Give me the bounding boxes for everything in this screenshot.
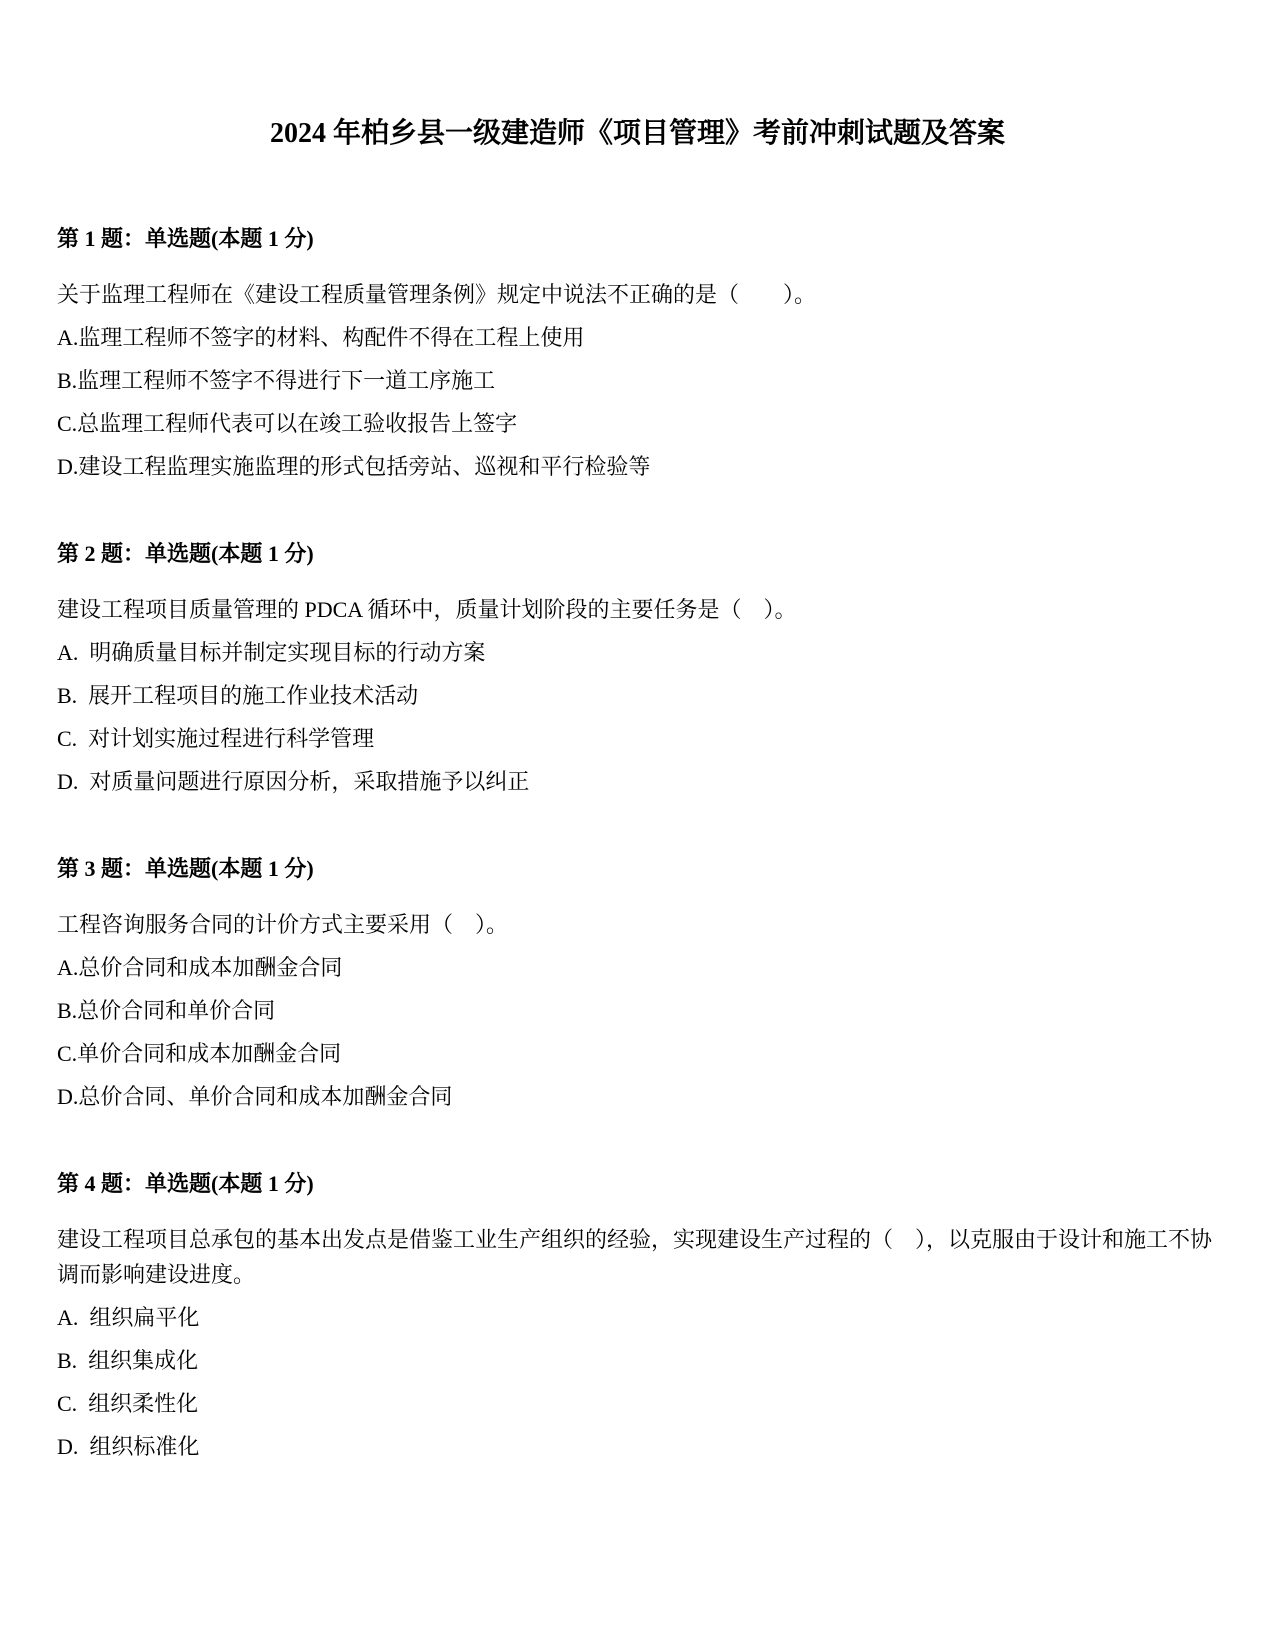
question-4: 第 4 题：单选题(本题 1 分) 建设工程项目总承包的基本出发点是借鉴工业生产…	[57, 1166, 1218, 1464]
question-3-option-d: D.总价合同、单价合同和成本加酬金合同	[57, 1079, 1218, 1114]
question-1-option-a: A.监理工程师不签字的材料、构配件不得在工程上使用	[57, 320, 1218, 355]
question-4-heading: 第 4 题：单选题(本题 1 分)	[57, 1166, 1218, 1201]
question-3-stem: 工程咨询服务合同的计价方式主要采用（ ）。	[57, 907, 1218, 942]
question-1-heading: 第 1 题：单选题(本题 1 分)	[57, 221, 1218, 256]
question-4-option-b: B. 组织集成化	[57, 1343, 1218, 1378]
question-2: 第 2 题：单选题(本题 1 分) 建设工程项目质量管理的 PDCA 循环中，质…	[57, 536, 1218, 799]
page-title: 2024 年柏乡县一级建造师《项目管理》考前冲刺试题及答案	[57, 114, 1218, 154]
question-3-option-b: B.总价合同和单价合同	[57, 993, 1218, 1028]
question-2-option-a: A. 明确质量目标并制定实现目标的行动方案	[57, 635, 1218, 670]
question-3-option-c: C.单价合同和成本加酬金合同	[57, 1036, 1218, 1071]
question-1-stem: 关于监理工程师在《建设工程质量管理条例》规定中说法不正确的是（ ）。	[57, 277, 1218, 312]
question-3-heading: 第 3 题：单选题(本题 1 分)	[57, 851, 1218, 886]
question-4-option-d: D. 组织标准化	[57, 1429, 1218, 1464]
question-3: 第 3 题：单选题(本题 1 分) 工程咨询服务合同的计价方式主要采用（ ）。 …	[57, 851, 1218, 1114]
question-1-option-c: C.总监理工程师代表可以在竣工验收报告上签字	[57, 406, 1218, 441]
question-2-stem: 建设工程项目质量管理的 PDCA 循环中，质量计划阶段的主要任务是（ ）。	[57, 592, 1218, 627]
question-4-option-c: C. 组织柔性化	[57, 1386, 1218, 1421]
question-1-option-d: D.建设工程监理实施监理的形式包括旁站、巡视和平行检验等	[57, 449, 1218, 484]
question-4-stem: 建设工程项目总承包的基本出发点是借鉴工业生产组织的经验，实现建设生产过程的（ ）…	[57, 1222, 1218, 1292]
question-2-option-c: C. 对计划实施过程进行科学管理	[57, 721, 1218, 756]
question-2-option-d: D. 对质量问题进行原因分析，采取措施予以纠正	[57, 764, 1218, 799]
exam-document-page: 2024 年柏乡县一级建造师《项目管理》考前冲刺试题及答案 第 1 题：单选题(…	[0, 0, 1275, 1650]
question-2-option-b: B. 展开工程项目的施工作业技术活动	[57, 678, 1218, 713]
question-3-option-a: A.总价合同和成本加酬金合同	[57, 950, 1218, 985]
question-1: 第 1 题：单选题(本题 1 分) 关于监理工程师在《建设工程质量管理条例》规定…	[57, 221, 1218, 484]
question-1-option-b: B.监理工程师不签字不得进行下一道工序施工	[57, 363, 1218, 398]
question-4-option-a: A. 组织扁平化	[57, 1300, 1218, 1335]
question-2-heading: 第 2 题：单选题(本题 1 分)	[57, 536, 1218, 571]
